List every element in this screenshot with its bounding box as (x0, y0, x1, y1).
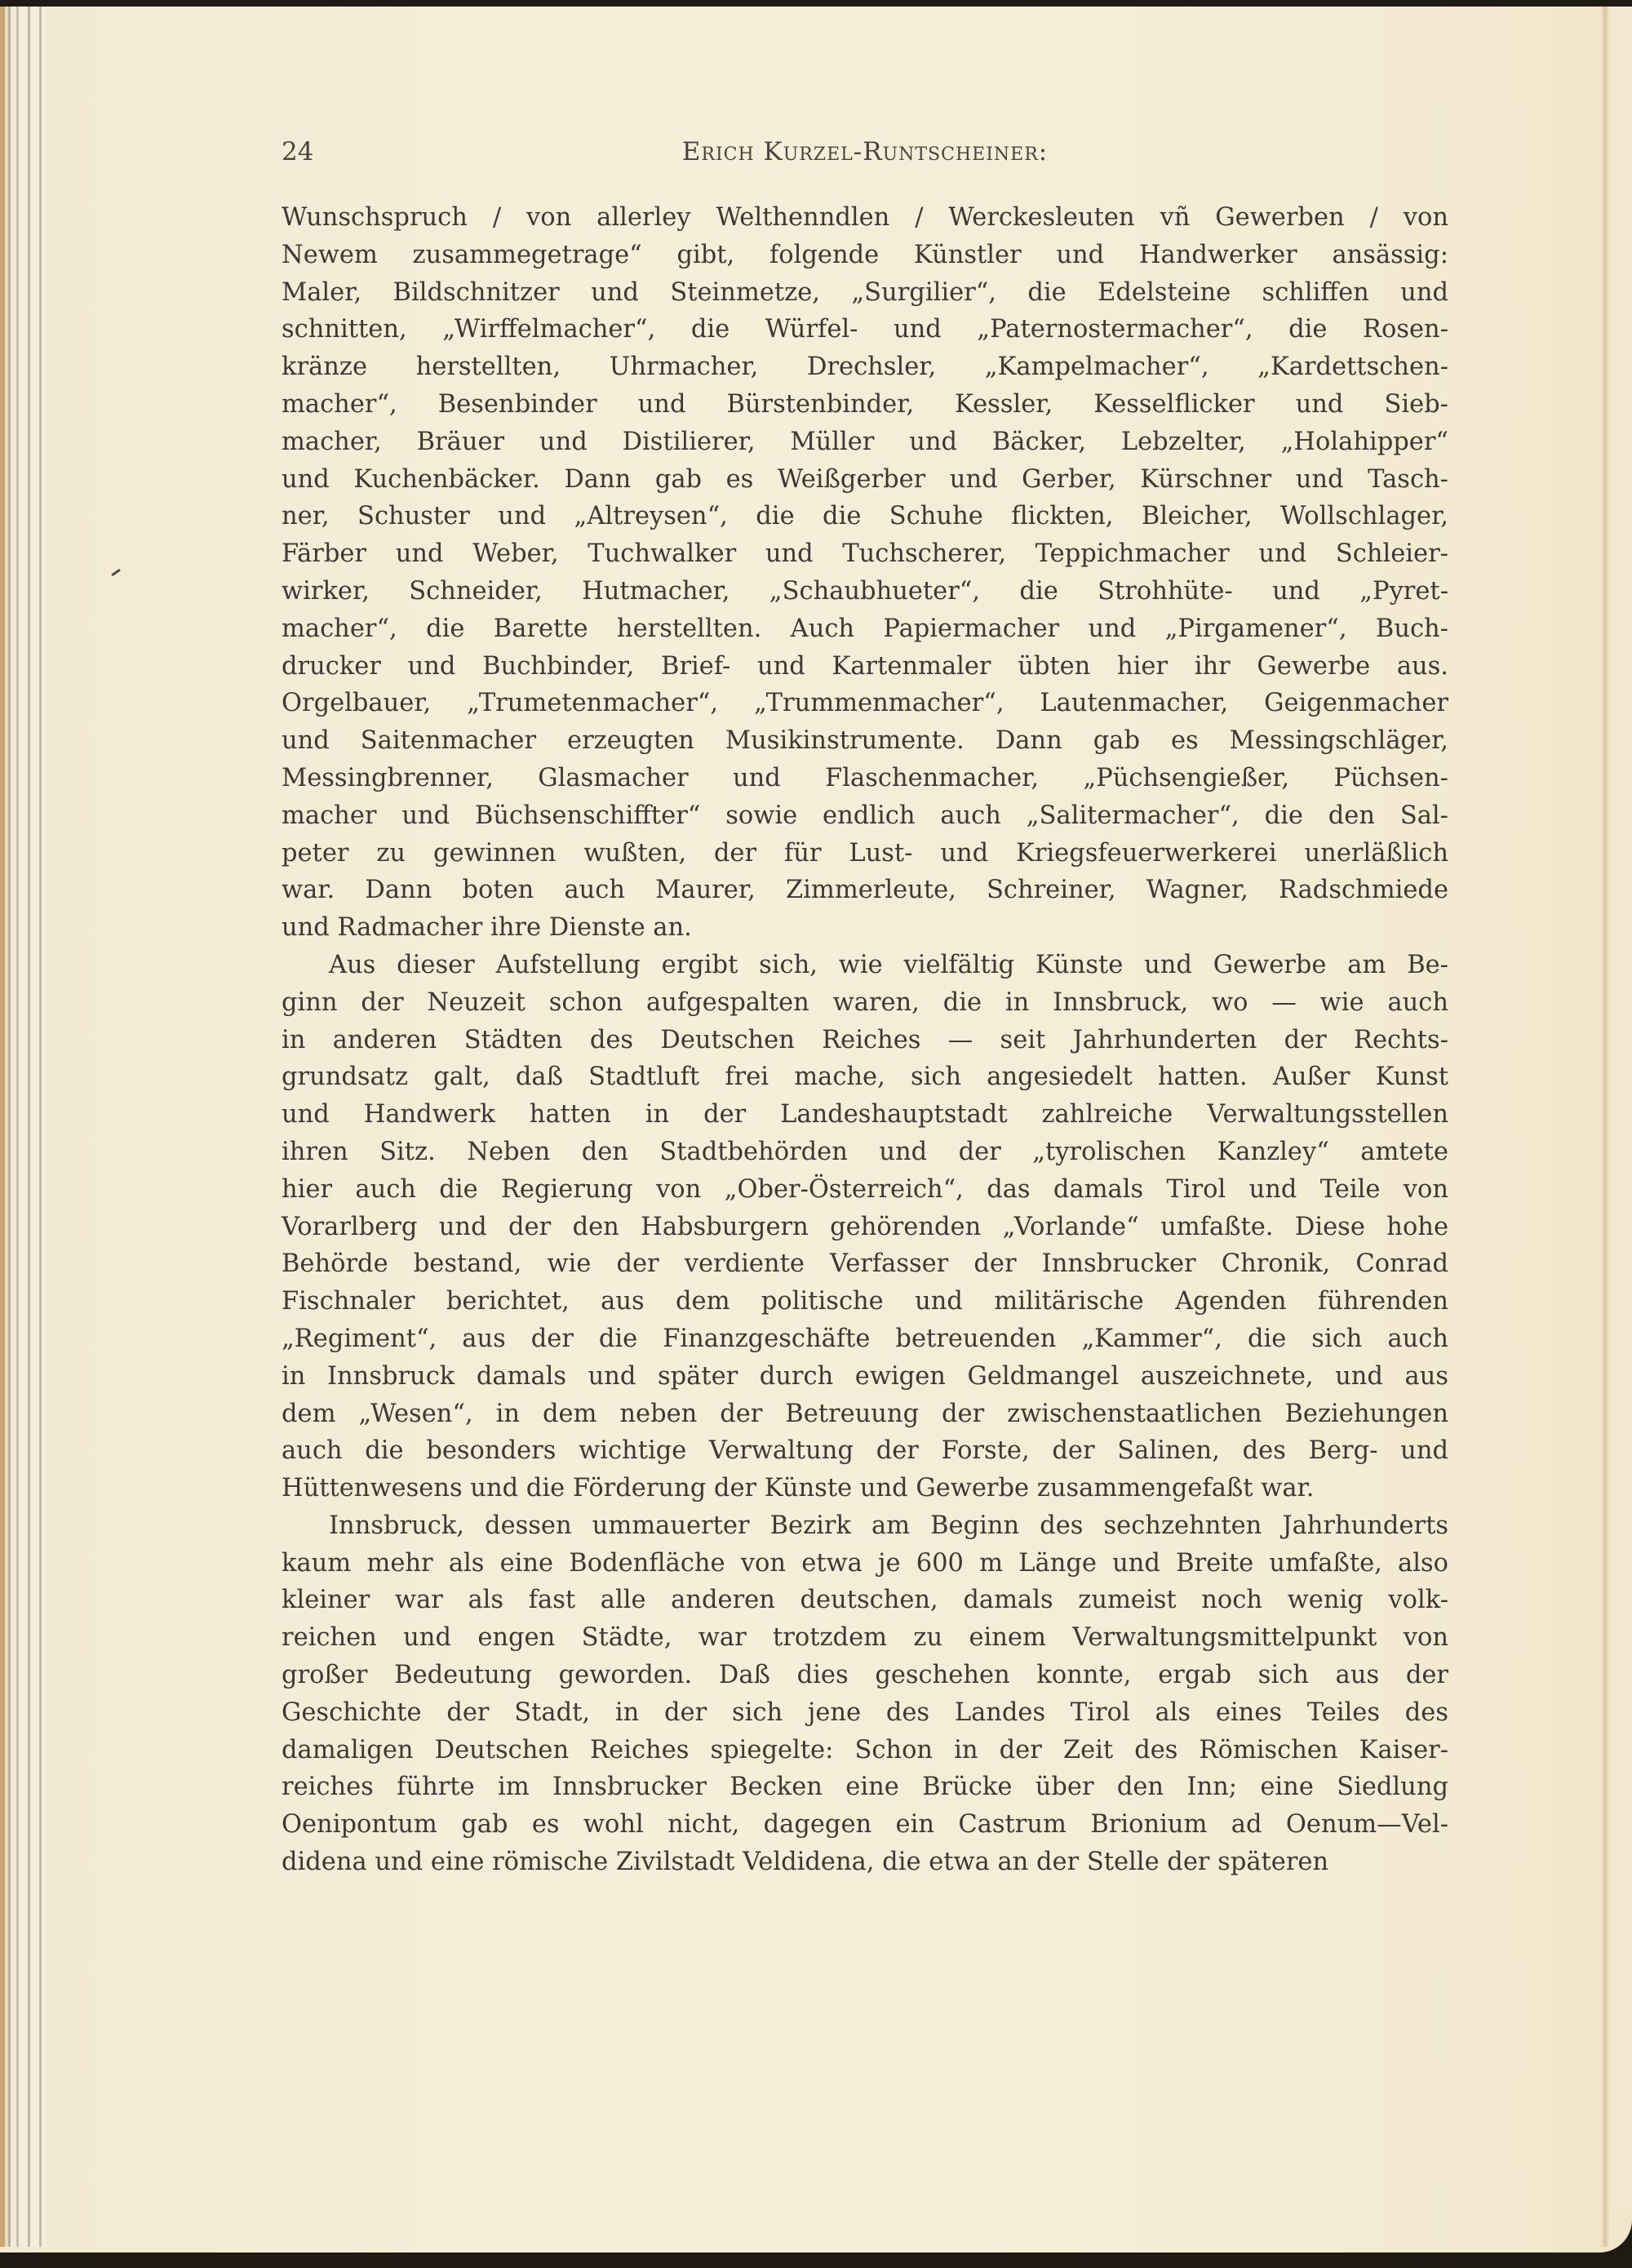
text-line: Färber und Weber, Tuchwalker und Tuchsch… (282, 535, 1448, 573)
text-line: ihren Sitz. Neben den Stadtbehörden und … (282, 1134, 1448, 1171)
text-line: dem „Wesen“, in dem neben der Betreuung … (282, 1396, 1448, 1433)
text-line: Geschichte der Stadt, in der sich jene d… (282, 1694, 1448, 1732)
text-line: didena und eine römische Zivilstadt Veld… (282, 1844, 1448, 1881)
text-line: in Innsbruck damals und später durch ewi… (282, 1358, 1448, 1396)
paragraph: Wunschspruch / von allerley Welthenndlen… (282, 199, 1448, 947)
text-line: und Kuchenbäcker. Dann gab es Weißgerber… (282, 461, 1448, 499)
text-line: reiches führte im Innsbrucker Becken ein… (282, 1769, 1448, 1806)
text-line: „Regiment“, aus der die Finanzgeschäfte … (282, 1320, 1448, 1358)
text-line: hier auch die Regierung von „Ober-Österr… (282, 1171, 1448, 1209)
binding-gutter-right (1601, 7, 1609, 2247)
text-line: Innsbruck, dessen ummauerter Bezirk am B… (282, 1507, 1448, 1545)
text-line: Maler, Bildschnitzer und Steinmetze, „Su… (282, 274, 1448, 312)
text-line: reichen und engen Städte, war trotzdem z… (282, 1619, 1448, 1657)
text-line: Newem zusammegetrage“ gibt, folgende Kün… (282, 237, 1448, 274)
body-text: Wunschspruch / von allerley Welthenndlen… (282, 199, 1448, 1881)
text-line: war. Dann boten auch Maurer, Zimmerleute… (282, 872, 1448, 909)
facing-page-edge (1609, 7, 1632, 2210)
text-line: und Handwerk hatten in der Landeshauptst… (282, 1096, 1448, 1134)
text-line: grundsatz galt, daß Stadtluft frei mache… (282, 1059, 1448, 1096)
text-line: kränze herstellten, Uhrmacher, Drechsler… (282, 348, 1448, 386)
text-line: ginn der Neuzeit schon aufgespalten ware… (282, 984, 1448, 1022)
page-stack-edge-left (0, 7, 46, 2247)
text-line: und Radmacher ihre Dienste an. (282, 909, 1448, 947)
text-line: in anderen Städten des Deutschen Reiches… (282, 1022, 1448, 1059)
running-head-author: Erich Kurzel-Runtscheiner: (282, 137, 1448, 166)
text-line: Behörde bestand, wie der verdiente Verfa… (282, 1245, 1448, 1283)
text-line: Orgelbauer, „Trumetenmacher“, „Trummenma… (282, 685, 1448, 722)
text-line: Messingbrenner, Glasmacher und Flaschenm… (282, 760, 1448, 797)
text-line: macher, Bräuer und Distilierer, Müller u… (282, 424, 1448, 461)
text-line: schnitten, „Wirffelmacher“, die Würfel- … (282, 311, 1448, 348)
text-line: Hüttenwesens und die Förderung der Künst… (282, 1470, 1448, 1507)
text-line: damaligen Deutschen Reiches spiegelte: S… (282, 1732, 1448, 1769)
text-line: Oenipontum gab es wohl nicht, dagegen ei… (282, 1806, 1448, 1844)
text-line: Vorarlberg und der den Habsburgern gehör… (282, 1209, 1448, 1246)
text-line: wirker, Schneider, Hutmacher, „Schaubhue… (282, 573, 1448, 610)
text-line: kleiner war als fast alle anderen deutsc… (282, 1582, 1448, 1619)
text-line: macher und Büchsenschiffter“ sowie endli… (282, 797, 1448, 835)
text-line: und Saitenmacher erzeugten Musikinstrume… (282, 722, 1448, 760)
paragraph: Innsbruck, dessen ummauerter Bezirk am B… (282, 1507, 1448, 1881)
text-line: drucker und Buchbinder, Brief- und Karte… (282, 648, 1448, 686)
paragraph: Aus dieser Aufstellung ergibt sich, wie … (282, 947, 1448, 1507)
text-line: kaum mehr als eine Bodenfläche von etwa … (282, 1545, 1448, 1582)
text-line: Aus dieser Aufstellung ergibt sich, wie … (282, 947, 1448, 984)
text-line: großer Bedeutung geworden. Daß dies gesc… (282, 1657, 1448, 1694)
text-line: Wunschspruch / von allerley Welthenndlen… (282, 199, 1448, 237)
text-line: auch die besonders wichtige Verwaltung d… (282, 1432, 1448, 1470)
text-line: macher“, die Barette herstellten. Auch P… (282, 610, 1448, 648)
text-line: ner, Schuster und „Altreysen“, die die S… (282, 498, 1448, 535)
text-line: macher“, Besenbinder und Bürstenbinder, … (282, 386, 1448, 424)
text-line: peter zu gewinnen wußten, der für Lust- … (282, 835, 1448, 872)
page-header: 24 Erich Kurzel-Runtscheiner: (282, 131, 1448, 171)
text-line: Fischnaler berichtet, aus dem politische… (282, 1283, 1448, 1320)
